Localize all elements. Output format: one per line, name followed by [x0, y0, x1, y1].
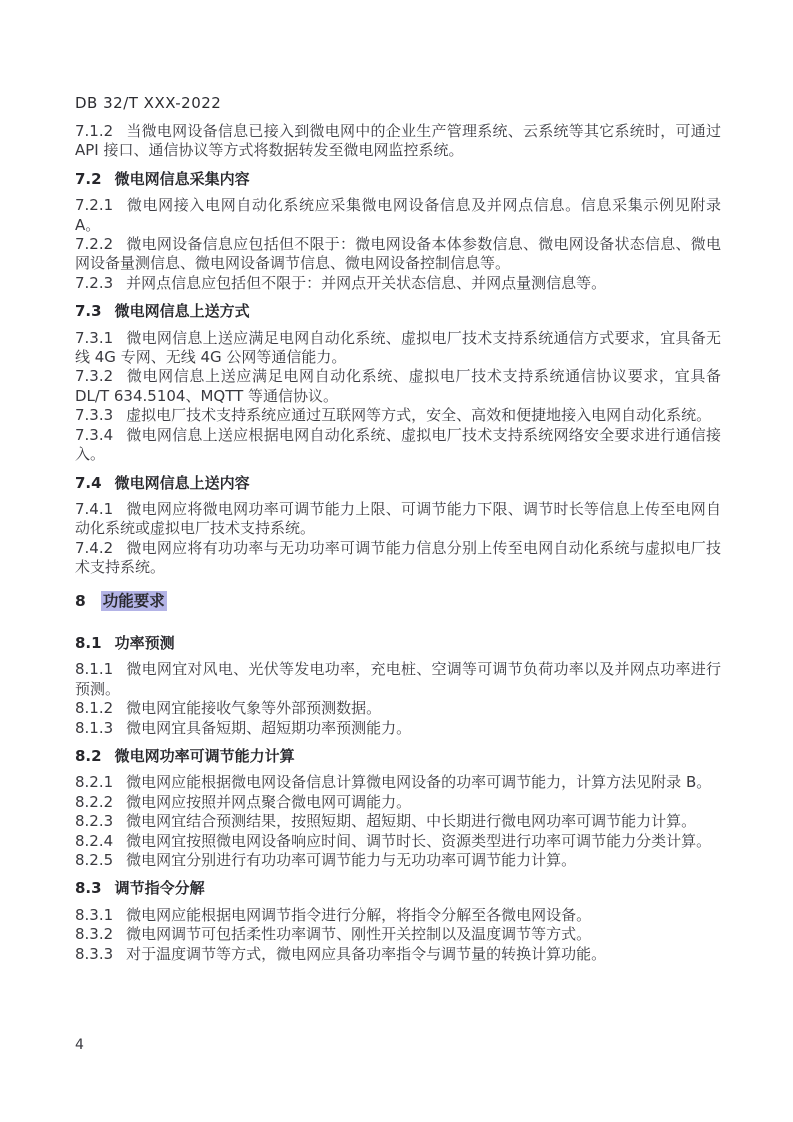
clause-text: 微电网信息上送应根据电网自动化系统、虚拟电厂技术支持系统网络安全要求进行通信接入…: [75, 426, 721, 463]
clause-number: 7.3.3: [75, 406, 126, 424]
heading-text: 调节指令分解: [115, 879, 205, 897]
clause-number: 7.4.1: [75, 500, 126, 518]
clause-number: 8.2.4: [75, 832, 126, 850]
clause-text: 微电网宜结合预测结果，按照短期、超短期、中长期进行微电网功率可调节能力计算。: [126, 812, 696, 830]
clause-text: 虚拟电厂技术支持系统应通过互联网等方式，安全、高效和便捷地接入电网自动化系统。: [126, 406, 711, 424]
clause-number: 8.2.2: [75, 793, 126, 811]
clause-number: 7.3: [75, 302, 115, 320]
clause-8.2.1: 8.2.1微电网应能根据微电网设备信息计算微电网设备的功率可调节能力，计算方法见…: [75, 773, 721, 792]
clause-7.2.3: 7.2.3并网点信息应包括但不限于：并网点开关状态信息、并网点量测信息等。: [75, 274, 721, 293]
clause-text: 微电网调节可包括柔性功率调节、刚性开关控制以及温度调节等方式。: [126, 925, 591, 943]
clause-8.1.1: 8.1.1微电网宜对风电、光伏等发电功率，充电桩、空调等可调节负荷功率以及并网点…: [75, 660, 721, 699]
clause-7.4.2: 7.4.2微电网应将有功功率与无功功率可调节能力信息分别上传至电网自动化系统与虚…: [75, 539, 721, 578]
heading-7.2: 7.2微电网信息采集内容: [75, 170, 721, 189]
clause-text: 微电网应按照并网点聚合微电网可调能力。: [126, 793, 411, 811]
clause-number: 8.1.3: [75, 719, 126, 737]
clause-number: 7.2.2: [75, 235, 126, 253]
clause-8.3.2: 8.3.2微电网调节可包括柔性功率调节、刚性开关控制以及温度调节等方式。: [75, 925, 721, 944]
heading-7.4: 7.4微电网信息上送内容: [75, 474, 721, 493]
clause-number: 8.3: [75, 879, 115, 897]
chapter-8: 8功能要求: [75, 592, 721, 611]
clause-text: 微电网宜能接收气象等外部预测数据。: [126, 699, 381, 717]
page-number: 4: [75, 1037, 84, 1053]
clause-number: 8.2.1: [75, 773, 126, 791]
clause-number: 7.2.3: [75, 274, 126, 292]
document-content: DB 32/T XXX-2022 7.1.2当微电网设备信息已接入到微电网中的企…: [75, 93, 721, 964]
clause-8.1.2: 8.1.2微电网宜能接收气象等外部预测数据。: [75, 699, 721, 718]
heading-text: 微电网信息上送内容: [115, 474, 250, 492]
clause-number: 7.2: [75, 170, 115, 188]
clause-8.3.1: 8.3.1微电网应能根据电网调节指令进行分解，将指令分解至各微电网设备。: [75, 906, 721, 925]
clause-number: 8.3.3: [75, 945, 126, 963]
heading-text: 微电网信息采集内容: [115, 170, 250, 188]
clause-number: 8.2.3: [75, 812, 126, 830]
clause-text: 微电网宜对风电、光伏等发电功率，充电桩、空调等可调节负荷功率以及并网点功率进行预…: [75, 660, 721, 697]
clause-number: 7.3.2: [75, 367, 126, 385]
clause-text: 微电网应能根据电网调节指令进行分解，将指令分解至各微电网设备。: [126, 906, 591, 924]
clause-text: 微电网宜具备短期、超短期功率预测能力。: [126, 719, 411, 737]
clause-text: 微电网接入电网自动化系统应采集微电网设备信息及并网点信息。信息采集示例见附录 A…: [75, 196, 721, 233]
clause-number: 8: [75, 592, 101, 610]
clause-7.3.1: 7.3.1微电网信息上送应满足电网自动化系统、虚拟电厂技术支持系统通信方式要求，…: [75, 329, 721, 368]
clause-text: 微电网信息上送应满足电网自动化系统、虚拟电厂技术支持系统通信协议要求，宜具备 D…: [75, 367, 721, 404]
clause-7.3.4: 7.3.4微电网信息上送应根据电网自动化系统、虚拟电厂技术支持系统网络安全要求进…: [75, 426, 721, 465]
clause-8.2.5: 8.2.5微电网宜分别进行有功功率可调节能力与无功功率可调节能力计算。: [75, 851, 721, 870]
document-page: DB 32/T XXX-2022 7.1.2当微电网设备信息已接入到微电网中的企…: [0, 0, 793, 1122]
clause-8.2.2: 8.2.2微电网应按照并网点聚合微电网可调能力。: [75, 793, 721, 812]
clause-7.3.3: 7.3.3虚拟电厂技术支持系统应通过互联网等方式，安全、高效和便捷地接入电网自动…: [75, 406, 721, 425]
clause-number: 7.4.2: [75, 539, 126, 557]
clause-text: 对于温度调节等方式，微电网应具备功率指令与调节量的转换计算功能。: [126, 945, 606, 963]
clause-7.2.2: 7.2.2微电网设备信息应包括但不限于：微电网设备本体参数信息、微电网设备状态信…: [75, 235, 721, 274]
document-body: 7.1.2当微电网设备信息已接入到微电网中的企业生产管理系统、云系统等其它系统时…: [75, 122, 721, 964]
clause-text: 当微电网设备信息已接入到微电网中的企业生产管理系统、云系统等其它系统时，可通过 …: [75, 122, 721, 159]
clause-text: 并网点信息应包括但不限于：并网点开关状态信息、并网点量测信息等。: [126, 274, 606, 292]
heading-text: 微电网功率可调节能力计算: [115, 747, 295, 765]
clause-number: 8.2: [75, 747, 115, 765]
heading-text: 微电网信息上送方式: [115, 302, 250, 320]
clause-8.2.3: 8.2.3微电网宜结合预测结果，按照短期、超短期、中长期进行微电网功率可调节能力…: [75, 812, 721, 831]
clause-number: 8.3.1: [75, 906, 126, 924]
clause-number: 7.2.1: [75, 196, 126, 214]
clause-8.1.3: 8.1.3微电网宜具备短期、超短期功率预测能力。: [75, 719, 721, 738]
clause-7.3.2: 7.3.2微电网信息上送应满足电网自动化系统、虚拟电厂技术支持系统通信协议要求，…: [75, 367, 721, 406]
clause-number: 8.2.5: [75, 851, 126, 869]
clause-7.2.1: 7.2.1微电网接入电网自动化系统应采集微电网设备信息及并网点信息。信息采集示例…: [75, 196, 721, 235]
heading-8.1: 8.1功率预测: [75, 634, 721, 653]
clause-number: 7.1.2: [75, 122, 126, 140]
clause-number: 7.3.4: [75, 426, 126, 444]
clause-8.2.4: 8.2.4微电网宜按照微电网设备响应时间、调节时长、资源类型进行功率可调节能力分…: [75, 832, 721, 851]
clause-number: 7.4: [75, 474, 115, 492]
clause-7.1.2: 7.1.2当微电网设备信息已接入到微电网中的企业生产管理系统、云系统等其它系统时…: [75, 122, 721, 161]
clause-number: 8.3.2: [75, 925, 126, 943]
clause-text: 微电网应将有功功率与无功功率可调节能力信息分别上传至电网自动化系统与虚拟电厂技术…: [75, 539, 721, 576]
clause-7.4.1: 7.4.1微电网应将微电网功率可调节能力上限、可调节能力下限、调节时长等信息上传…: [75, 500, 721, 539]
heading-8.2: 8.2微电网功率可调节能力计算: [75, 747, 721, 766]
clause-text: 微电网设备信息应包括但不限于：微电网设备本体参数信息、微电网设备状态信息、微电网…: [75, 235, 721, 272]
clause-number: 7.3.1: [75, 329, 126, 347]
clause-8.3.3: 8.3.3对于温度调节等方式，微电网应具备功率指令与调节量的转换计算功能。: [75, 945, 721, 964]
clause-text: 微电网应能根据微电网设备信息计算微电网设备的功率可调节能力，计算方法见附录 B。: [126, 773, 711, 791]
clause-text: 微电网宜按照微电网设备响应时间、调节时长、资源类型进行功率可调节能力分类计算。: [126, 832, 711, 850]
clause-number: 8.1: [75, 634, 115, 652]
heading-8.3: 8.3调节指令分解: [75, 879, 721, 898]
running-header: DB 32/T XXX-2022: [75, 93, 721, 113]
clause-number: 8.1.2: [75, 699, 126, 717]
clause-text: 微电网信息上送应满足电网自动化系统、虚拟电厂技术支持系统通信方式要求，宜具备无线…: [75, 329, 721, 366]
heading-text: 功率预测: [115, 634, 175, 652]
clause-text: 微电网宜分别进行有功功率可调节能力与无功功率可调节能力计算。: [126, 851, 576, 869]
heading-7.3: 7.3微电网信息上送方式: [75, 302, 721, 321]
chapter-text: 功能要求: [101, 591, 167, 611]
clause-text: 微电网应将微电网功率可调节能力上限、可调节能力下限、调节时长等信息上传至电网自动…: [75, 500, 721, 537]
clause-number: 8.1.1: [75, 660, 126, 678]
